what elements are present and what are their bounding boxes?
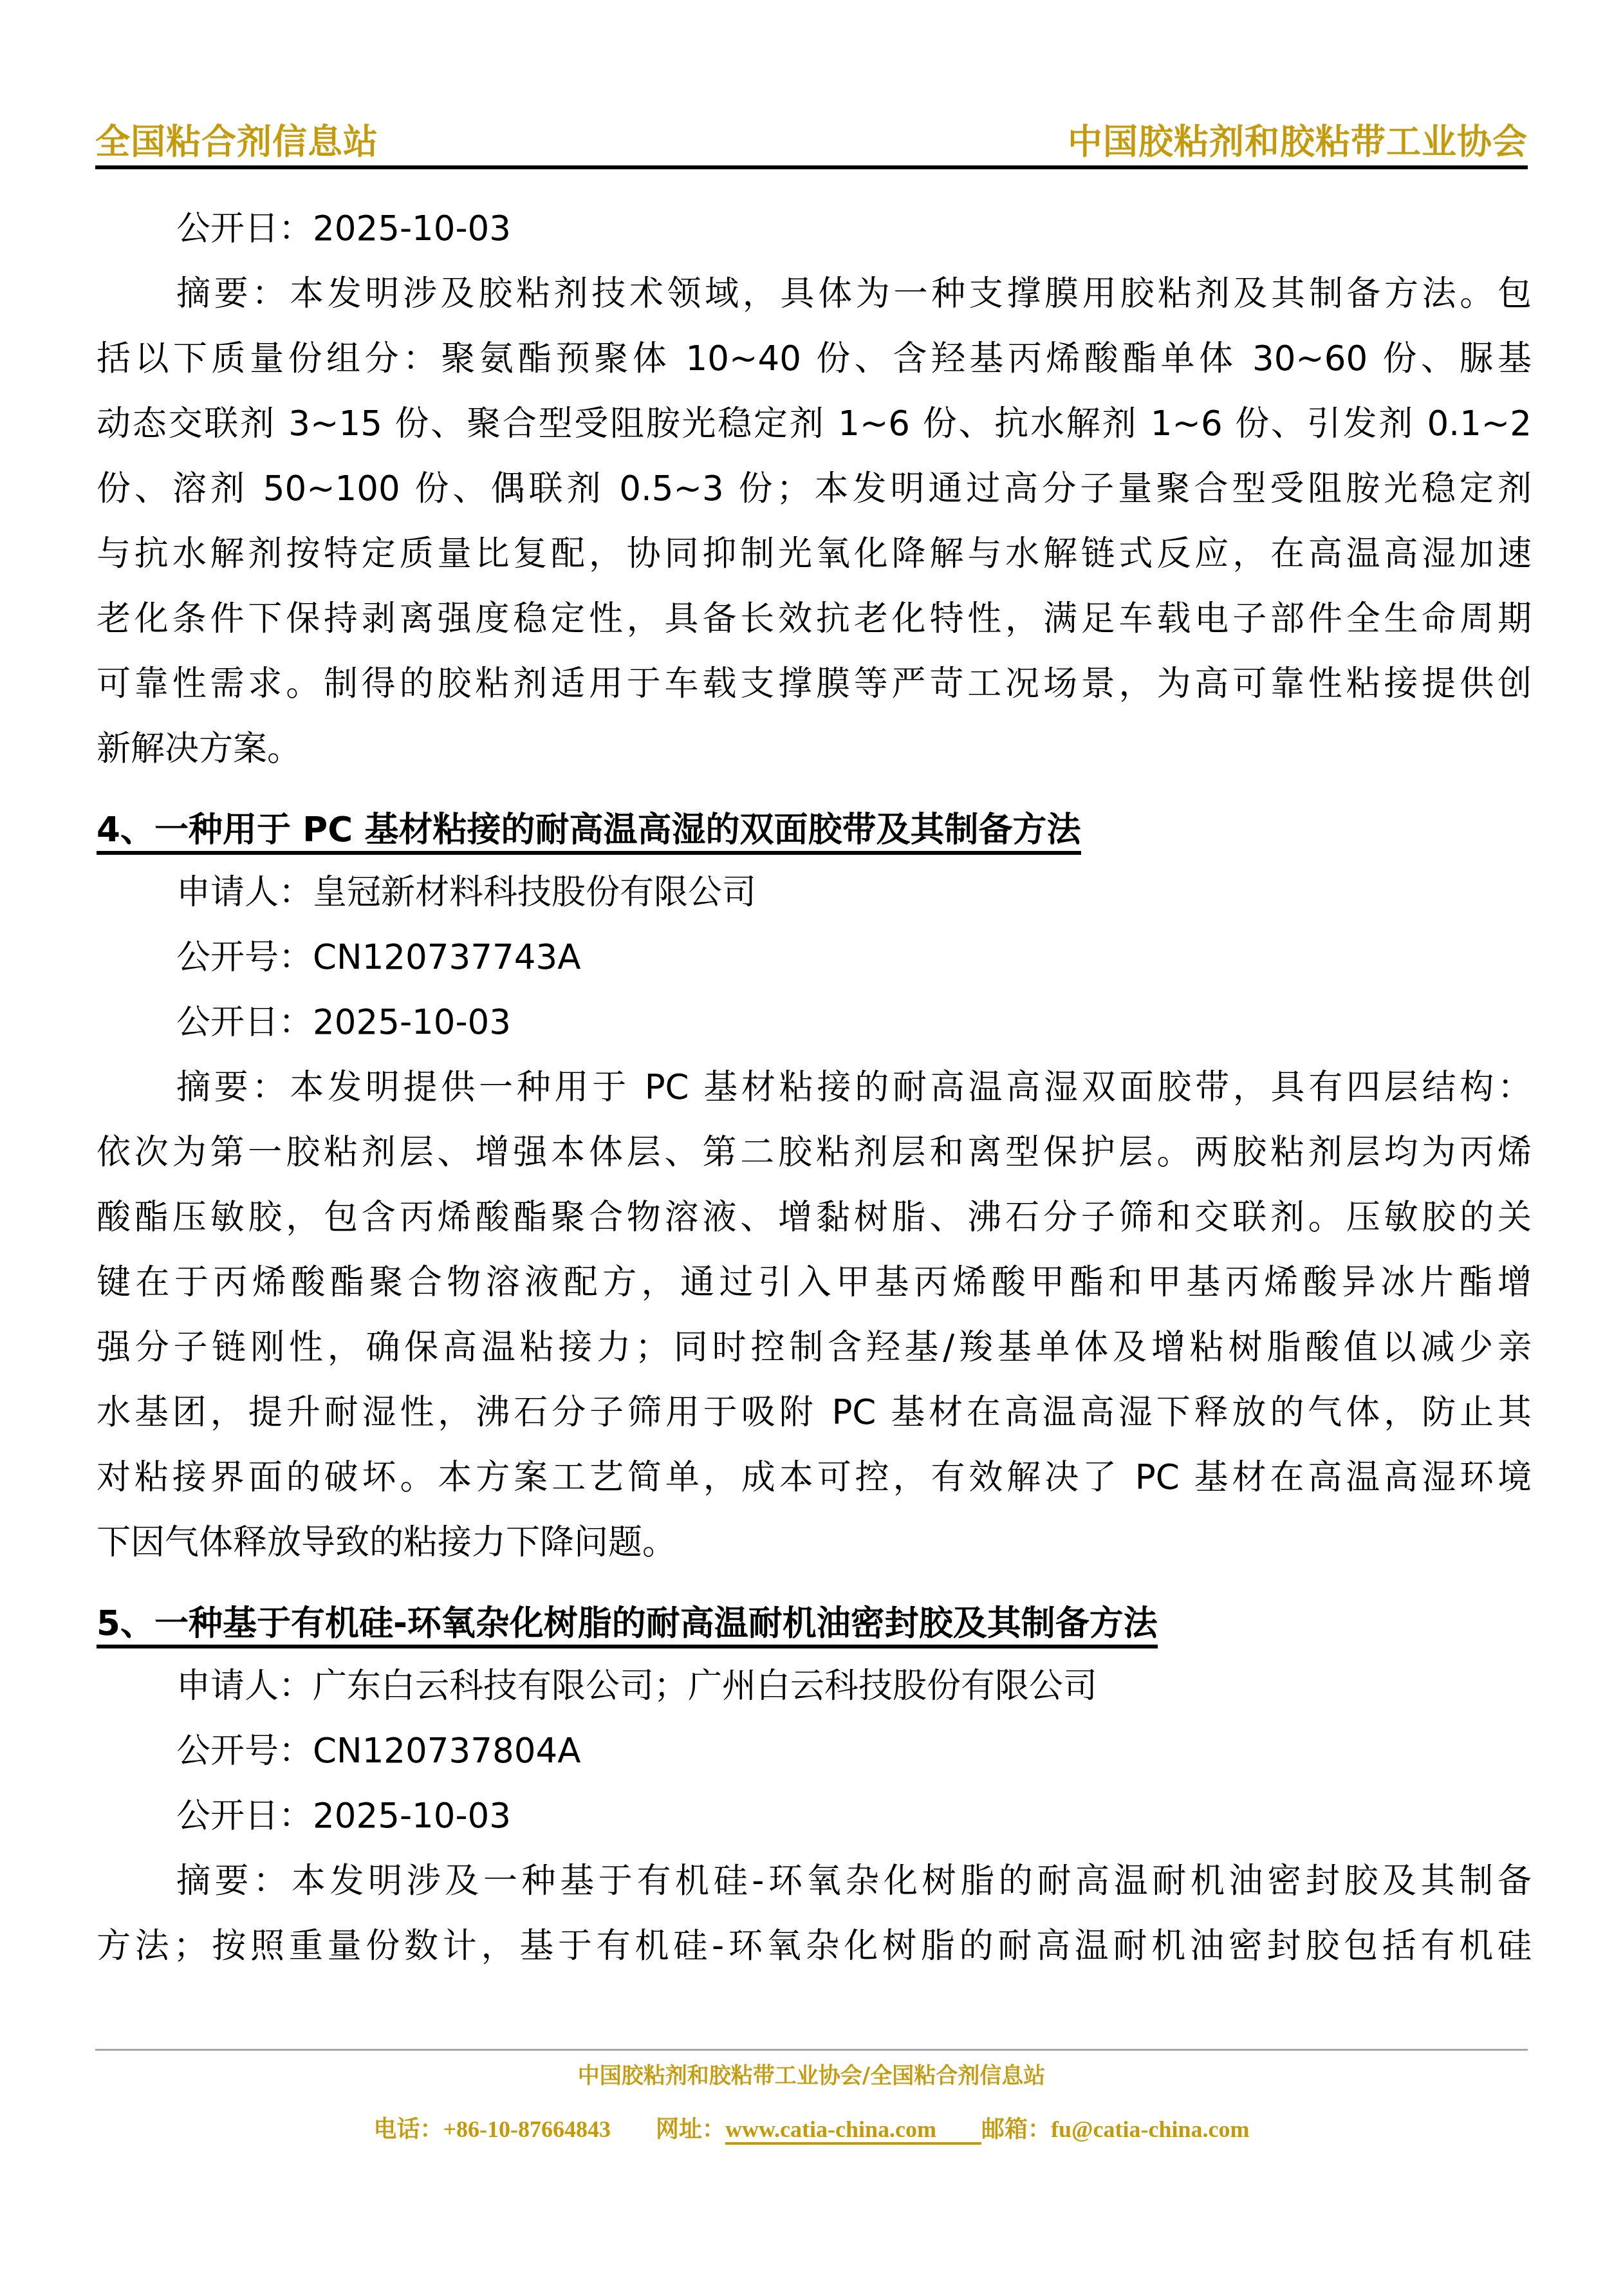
abstract-line: 可靠性需求。制得的胶粘剂适用于车载支撑膜等严苛工况场景，为高可靠性粘接提供创 (97, 651, 1532, 716)
pub-date-line: 公开日：2025-10-03 (97, 196, 1532, 261)
applicant-label: 申请人： (176, 873, 313, 912)
email-value[interactable]: fu@catia-china.com (1051, 2116, 1249, 2142)
association-name: 中国胶粘剂和胶粘带工业协会 (1068, 116, 1528, 167)
footer-contact: 电话：+86-10-87664843网址：www.catia-china.com… (0, 2113, 1623, 2145)
email-label: 邮箱： (981, 2116, 1051, 2142)
pub-number-label: 公开号： (176, 938, 313, 977)
abstract-line: 与抗水解剂按特定质量比复配，协同抑制光氧化降解与水解链式反应，在高温高湿加速 (97, 521, 1532, 586)
pub-number-line: 公开号：CN120737743A (97, 925, 1532, 990)
pub-date-value: 2025-10-03 (313, 1797, 511, 1836)
abstract-line: 方法；按照重量份数计，基于有机硅-环氧杂化树脂的耐高温耐机油密封胶包括有机硅 (97, 1914, 1532, 1979)
abstract-line: 新解决方案。 (97, 716, 1532, 781)
pub-date-label: 公开日： (176, 1003, 313, 1042)
applicant-line: 申请人：广东白云科技有限公司；广州白云科技股份有限公司 (97, 1654, 1532, 1719)
abstract-line: 水基团，提升耐湿性，沸石分子筛用于吸附 PC 基材在高温高湿下释放的气体，防止其 (97, 1380, 1532, 1445)
patent-title-text: 5、一种基于有机硅-环氧杂化树脂的耐高温耐机油密封胶及其制备方法 (97, 1604, 1158, 1648)
abstract-line: 摘要：本发明涉及一种基于有机硅-环氧杂化树脂的耐高温耐机油密封胶及其制备 (97, 1849, 1532, 1914)
pub-number-value: CN120737804A (313, 1731, 580, 1771)
pub-number-label: 公开号： (176, 1731, 313, 1771)
abstract-line: 对粘接界面的破坏。本方案工艺简单，成本可控，有效解决了 PC 基材在高温高湿环境 (97, 1445, 1532, 1510)
abstract-line: 份、溶剂 50~100 份、偶联剂 0.5~3 份；本发明通过高分子量聚合型受阻… (97, 456, 1532, 521)
abstract-line: 老化条件下保持剥离强度稳定性，具备长效抗老化特性，满足车载电子部件全生命周期 (97, 586, 1532, 651)
footer-divider (95, 2049, 1528, 2051)
applicant-line: 申请人：皇冠新材料科技股份有限公司 (97, 860, 1532, 925)
pub-number-line: 公开号：CN120737804A (97, 1719, 1532, 1784)
abstract-line: 摘要：本发明提供一种用于 PC 基材粘接的耐高温高湿双面胶带，具有四层结构： (97, 1055, 1532, 1120)
website-label: 网址： (656, 2116, 725, 2142)
abstract-line: 键在于丙烯酸酯聚合物溶液配方，通过引入甲基丙烯酸甲酯和甲基丙烯酸异冰片酯增 (97, 1250, 1532, 1315)
footer-org: 中国胶粘剂和胶粘带工业协会/全国粘合剂信息站 (0, 2060, 1623, 2092)
pub-date-value: 2025-10-03 (313, 209, 511, 248)
abstract-line: 依次为第一胶粘剂层、增强本体层、第二胶粘剂层和离型保护层。两胶粘剂层均为丙烯 (97, 1120, 1532, 1185)
pub-date-line: 公开日：2025-10-03 (97, 990, 1532, 1055)
applicant-label: 申请人： (176, 1666, 313, 1706)
phone-label: 电话： (374, 2116, 443, 2142)
phone-value: +86-10-87664843 (443, 2116, 611, 2142)
header-divider (95, 165, 1528, 169)
applicant-value: 皇冠新材料科技股份有限公司 (313, 873, 756, 912)
patent-title-text: 4、一种用于 PC 基材粘接的耐高温高湿的双面胶带及其制备方法 (97, 810, 1081, 855)
site-name: 全国粘合剂信息站 (95, 116, 378, 167)
patent-title: 5、一种基于有机硅-环氧杂化树脂的耐高温耐机油密封胶及其制备方法 (97, 1598, 1532, 1650)
abstract-line: 括以下质量份组分：聚氨酯预聚体 10~40 份、含羟基丙烯酸酯单体 30~60 … (97, 326, 1532, 391)
patent-title: 4、一种用于 PC 基材粘接的耐高温高湿的双面胶带及其制备方法 (97, 805, 1532, 856)
abstract-line: 酸酯压敏胶，包含丙烯酸酯聚合物溶液、增黏树脂、沸石分子筛和交联剂。压敏胶的关 (97, 1185, 1532, 1250)
applicant-value: 广东白云科技有限公司；广州白云科技股份有限公司 (313, 1666, 1097, 1706)
pub-date-label: 公开日： (176, 209, 313, 248)
pub-date-value: 2025-10-03 (313, 1003, 511, 1042)
abstract-line: 下因气体释放导致的粘接力下降问题。 (97, 1510, 1532, 1575)
pub-date-label: 公开日： (176, 1797, 313, 1836)
document-body: 公开日：2025-10-03 摘要：本发明涉及胶粘剂技术领域，具体为一种支撑膜用… (97, 196, 1532, 1979)
pub-number-value: CN120737743A (313, 938, 580, 977)
page-header: 全国粘合剂信息站 中国胶粘剂和胶粘带工业协会 (95, 116, 1528, 167)
abstract-line: 强分子链刚性，确保高温粘接力；同时控制含羟基/羧基单体及增粘树脂酸值以减少亲 (97, 1315, 1532, 1380)
abstract-line: 摘要：本发明涉及胶粘剂技术领域，具体为一种支撑膜用胶粘剂及其制备方法。包 (97, 261, 1532, 326)
abstract-line: 动态交联剂 3~15 份、聚合型受阻胺光稳定剂 1~6 份、抗水解剂 1~6 份… (97, 391, 1532, 456)
website-link[interactable]: www.catia-china.com (725, 2116, 981, 2145)
pub-date-line: 公开日：2025-10-03 (97, 1784, 1532, 1849)
